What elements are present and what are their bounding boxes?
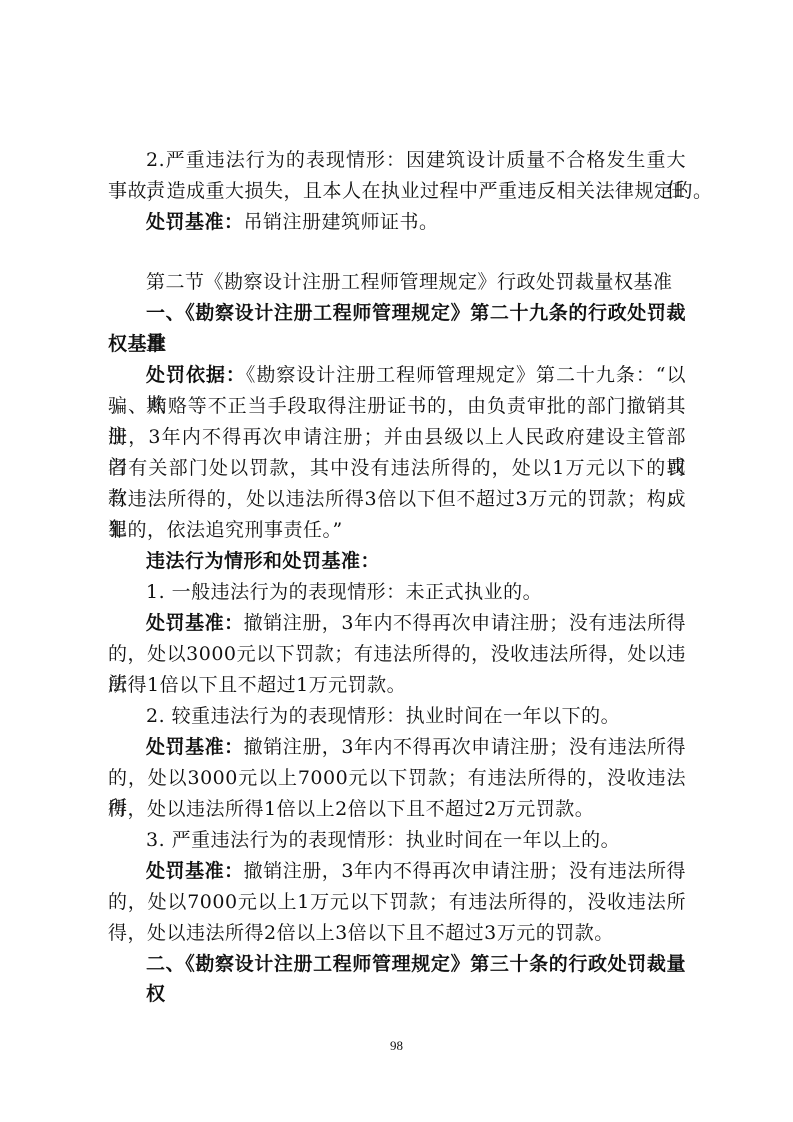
text-line: 者有关部门处以罚款，其中没有违法所得的，处以1万元以下的罚款； bbox=[108, 453, 686, 483]
text-segment: 罪的，依法追究刑事责任。” bbox=[108, 519, 343, 541]
text-line: 罪的，依法追究刑事责任。” bbox=[108, 515, 686, 545]
text-segment: 第二节《勘察设计注册工程师管理规定》行政处罚裁量权基准 bbox=[146, 271, 673, 293]
text-segment: 3. 严重违法行为的表现情形：执业时间在一年以上的。 bbox=[146, 829, 620, 851]
text-line: 3. 严重违法行为的表现情形：执业时间在一年以上的。 bbox=[146, 825, 686, 855]
text-segment: 所得1倍以下且不超过1万元罚款。 bbox=[108, 674, 406, 696]
bold-label: 权基准 bbox=[108, 333, 167, 355]
bold-label: 处罚依据： bbox=[146, 364, 246, 386]
page-number: 98 bbox=[0, 1038, 793, 1054]
text-segment: 得，处以违法所得2倍以上3倍以下且不超过3万元的罚款。 bbox=[108, 922, 614, 944]
text-line: 违法行为情形和处罚基准： bbox=[146, 546, 686, 576]
text-line: 1. 一般违法行为的表现情形：未正式执业的。 bbox=[146, 577, 686, 607]
text-segment: 撤销注册，3年内不得再次申请注册；没有违法所得 bbox=[244, 860, 686, 882]
text-segment: 撤销注册，3年内不得再次申请注册；没有违法所得 bbox=[244, 736, 686, 758]
text-segment: 2. 较重违法行为的表现情形：执业时间在一年以下的。 bbox=[146, 705, 620, 727]
text-line: 册，3年内不得再次申请注册；并由县级以上人民政府建设主管部门或 bbox=[108, 422, 686, 452]
text-line: 的，处以3000元以上7000元以下罚款；有违法所得的，没收违法所 bbox=[108, 763, 686, 793]
text-line: 2.严重违法行为的表现情形：因建筑设计质量不合格发生重大责任 bbox=[146, 145, 686, 175]
text-line: 事故，造成重大损失，且本人在执业过程中严重违反相关法律规定的。 bbox=[108, 176, 686, 206]
text-segment: 的，处以7000元以上1万元以下罚款；有违法所得的，没收违法所 bbox=[108, 891, 686, 913]
bold-label: 处罚基准： bbox=[146, 860, 244, 882]
bold-label: 处罚基准： bbox=[146, 736, 244, 758]
text-segment: 事故，造成重大损失，且本人在执业过程中严重违反相关法律规定的。 bbox=[108, 180, 713, 202]
bold-label: 违法行为情形和处罚基准： bbox=[146, 550, 380, 572]
text-line: 的，处以3000元以下罚款；有违法所得的，没收违法所得，处以违法 bbox=[108, 639, 686, 669]
text-line: 所得1倍以下且不超过1万元罚款。 bbox=[108, 670, 686, 700]
text-line: 一、《勘察设计注册工程师管理规定》第二十九条的行政处罚裁量 bbox=[146, 298, 686, 328]
text-line: 处罚依据：《勘察设计注册工程师管理规定》第二十九条：“以欺 bbox=[146, 360, 686, 390]
text-line: 2. 较重违法行为的表现情形：执业时间在一年以下的。 bbox=[146, 701, 686, 731]
text-line: 权基准 bbox=[108, 329, 686, 359]
text-line: 的，处以7000元以上1万元以下罚款；有违法所得的，没收违法所 bbox=[108, 887, 686, 917]
text-line: 第二节《勘察设计注册工程师管理规定》行政处罚裁量权基准 bbox=[146, 267, 686, 297]
text-line: 有违法所得的，处以违法所得3倍以下但不超过3万元的罚款；构成犯 bbox=[108, 484, 686, 514]
text-segment: 1. 一般违法行为的表现情形：未正式执业的。 bbox=[146, 581, 542, 603]
bold-label: 处罚基准： bbox=[146, 211, 244, 233]
text-line: 二、《勘察设计注册工程师管理规定》第三十条的行政处罚裁量权 bbox=[146, 949, 686, 979]
text-line: 骗、贿赂等不正当手段取得注册证书的，由负责审批的部门撤销其注 bbox=[108, 391, 686, 421]
document-page: 2.严重违法行为的表现情形：因建筑设计质量不合格发生重大责任事故，造成重大损失，… bbox=[0, 0, 793, 1122]
text-line: 处罚基准：撤销注册，3年内不得再次申请注册；没有违法所得 bbox=[146, 732, 686, 762]
text-line: 处罚基准：撤销注册，3年内不得再次申请注册；没有违法所得 bbox=[146, 608, 686, 638]
text-segment: 得，处以违法所得1倍以上2倍以下且不超过2万元罚款。 bbox=[108, 798, 594, 820]
bold-label: 二、《勘察设计注册工程师管理规定》第三十条的行政处罚裁量权 bbox=[146, 953, 686, 1005]
text-segment: 撤销注册，3年内不得再次申请注册；没有违法所得 bbox=[244, 612, 686, 634]
text-line: 处罚基准：吊销注册建筑师证书。 bbox=[146, 207, 686, 237]
text-segment: 吊销注册建筑师证书。 bbox=[244, 211, 439, 233]
text-line: 得，处以违法所得1倍以上2倍以下且不超过2万元罚款。 bbox=[108, 794, 686, 824]
bold-label: 处罚基准： bbox=[146, 612, 244, 634]
text-line: 得，处以违法所得2倍以上3倍以下且不超过3万元的罚款。 bbox=[108, 918, 686, 948]
text-line: 处罚基准：撤销注册，3年内不得再次申请注册；没有违法所得 bbox=[146, 856, 686, 886]
